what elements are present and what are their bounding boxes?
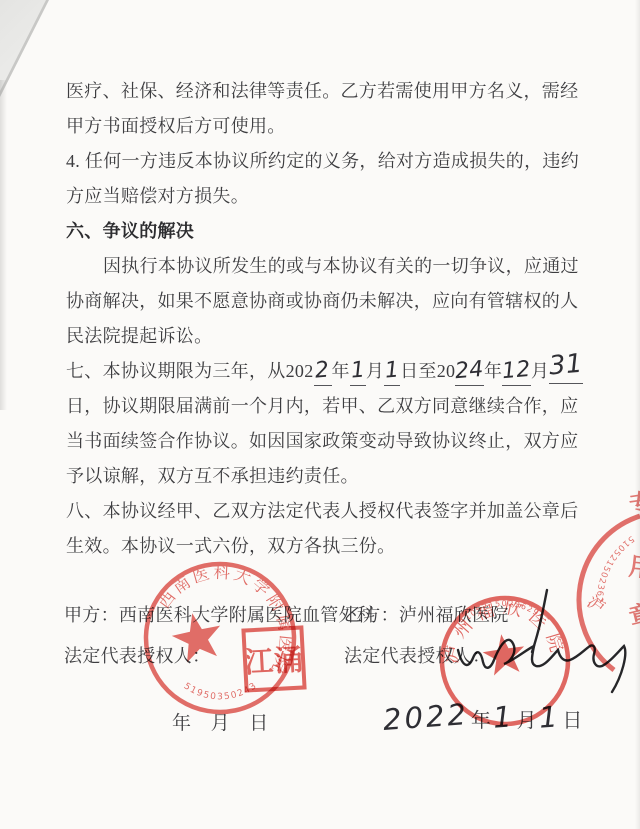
- blank-underline: 12: [502, 361, 531, 386]
- handwritten-year-digit: 2: [314, 358, 330, 383]
- text-line: 民法院提起诉讼。: [66, 319, 583, 354]
- term-text: 月: [366, 361, 384, 381]
- party-b-signature-scribble: [450, 588, 640, 708]
- term-text: 七、本协议期限为三年，从202: [66, 361, 314, 381]
- seal-a-star-icon: [168, 608, 226, 664]
- handwritten-end-month: 12: [501, 358, 532, 384]
- contract-body: 医疗、社保、经济和法律等责任。乙方若需使用甲方名义，需经 甲方书面授权后方可使用…: [66, 74, 583, 564]
- handwritten-month-digit: 1: [350, 358, 366, 383]
- term-text: 日至20: [400, 361, 455, 381]
- handwritten-day-digit: 1: [384, 358, 400, 383]
- scanned-contract-page: 医疗、社保、经济和法律等责任。乙方若需使用甲方名义，需经 甲方书面授权后方可使用…: [0, 0, 640, 829]
- text-line: 甲方书面授权后方可使用。: [66, 109, 583, 144]
- section-heading-dispute: 六、争议的解决: [66, 214, 583, 249]
- blank-underline: 31: [549, 359, 583, 384]
- text-line: 医疗、社保、经济和法律等责任。乙方若需使用甲方名义，需经: [66, 74, 583, 109]
- blank-underline: 24: [455, 361, 484, 386]
- handwritten-end-year: 24: [454, 358, 485, 384]
- text-line: 日，协议期限届满前一个月内，若甲、乙双方同意继续合作，应: [66, 389, 583, 424]
- blank-underline: 1: [350, 361, 366, 386]
- handwritten-end-day: 31: [548, 352, 584, 379]
- scan-left-shadow: [0, 80, 7, 410]
- term-text: 年: [332, 361, 350, 381]
- text-line: 因执行本协议所发生的或与本协议有关的一切争议，应通过: [66, 249, 583, 284]
- text-line: 八、本协议经甲、乙双方法定代表人授权代表签字并加盖公章后: [66, 494, 583, 529]
- text-line: 协商解决，如果不愿意协商或协商仍未解决，应向有管辖权的人: [66, 284, 583, 319]
- text-line: 方应当赔偿对方损失。: [66, 179, 583, 214]
- scan-corner-fold: [0, 0, 46, 91]
- term-line: 七、本协议期限为三年，从2022年1月1日至2024年12月31: [66, 354, 583, 389]
- blank-underline: 2: [314, 361, 332, 386]
- text-line: 4. 任何一方违反本协议所约定的义务，给对方造成损失的，违约: [66, 144, 583, 179]
- text-line: 当书面续签合作协议。如因国家政策变动导致协议终止，双方应: [66, 424, 583, 459]
- party-a-name-stamp: 江涌: [241, 625, 306, 692]
- text-line: 予以谅解，双方互不承担违约责任。: [66, 459, 583, 494]
- term-text: 月: [531, 361, 549, 381]
- blank-underline: 1: [384, 361, 400, 386]
- term-text: 年: [484, 361, 502, 381]
